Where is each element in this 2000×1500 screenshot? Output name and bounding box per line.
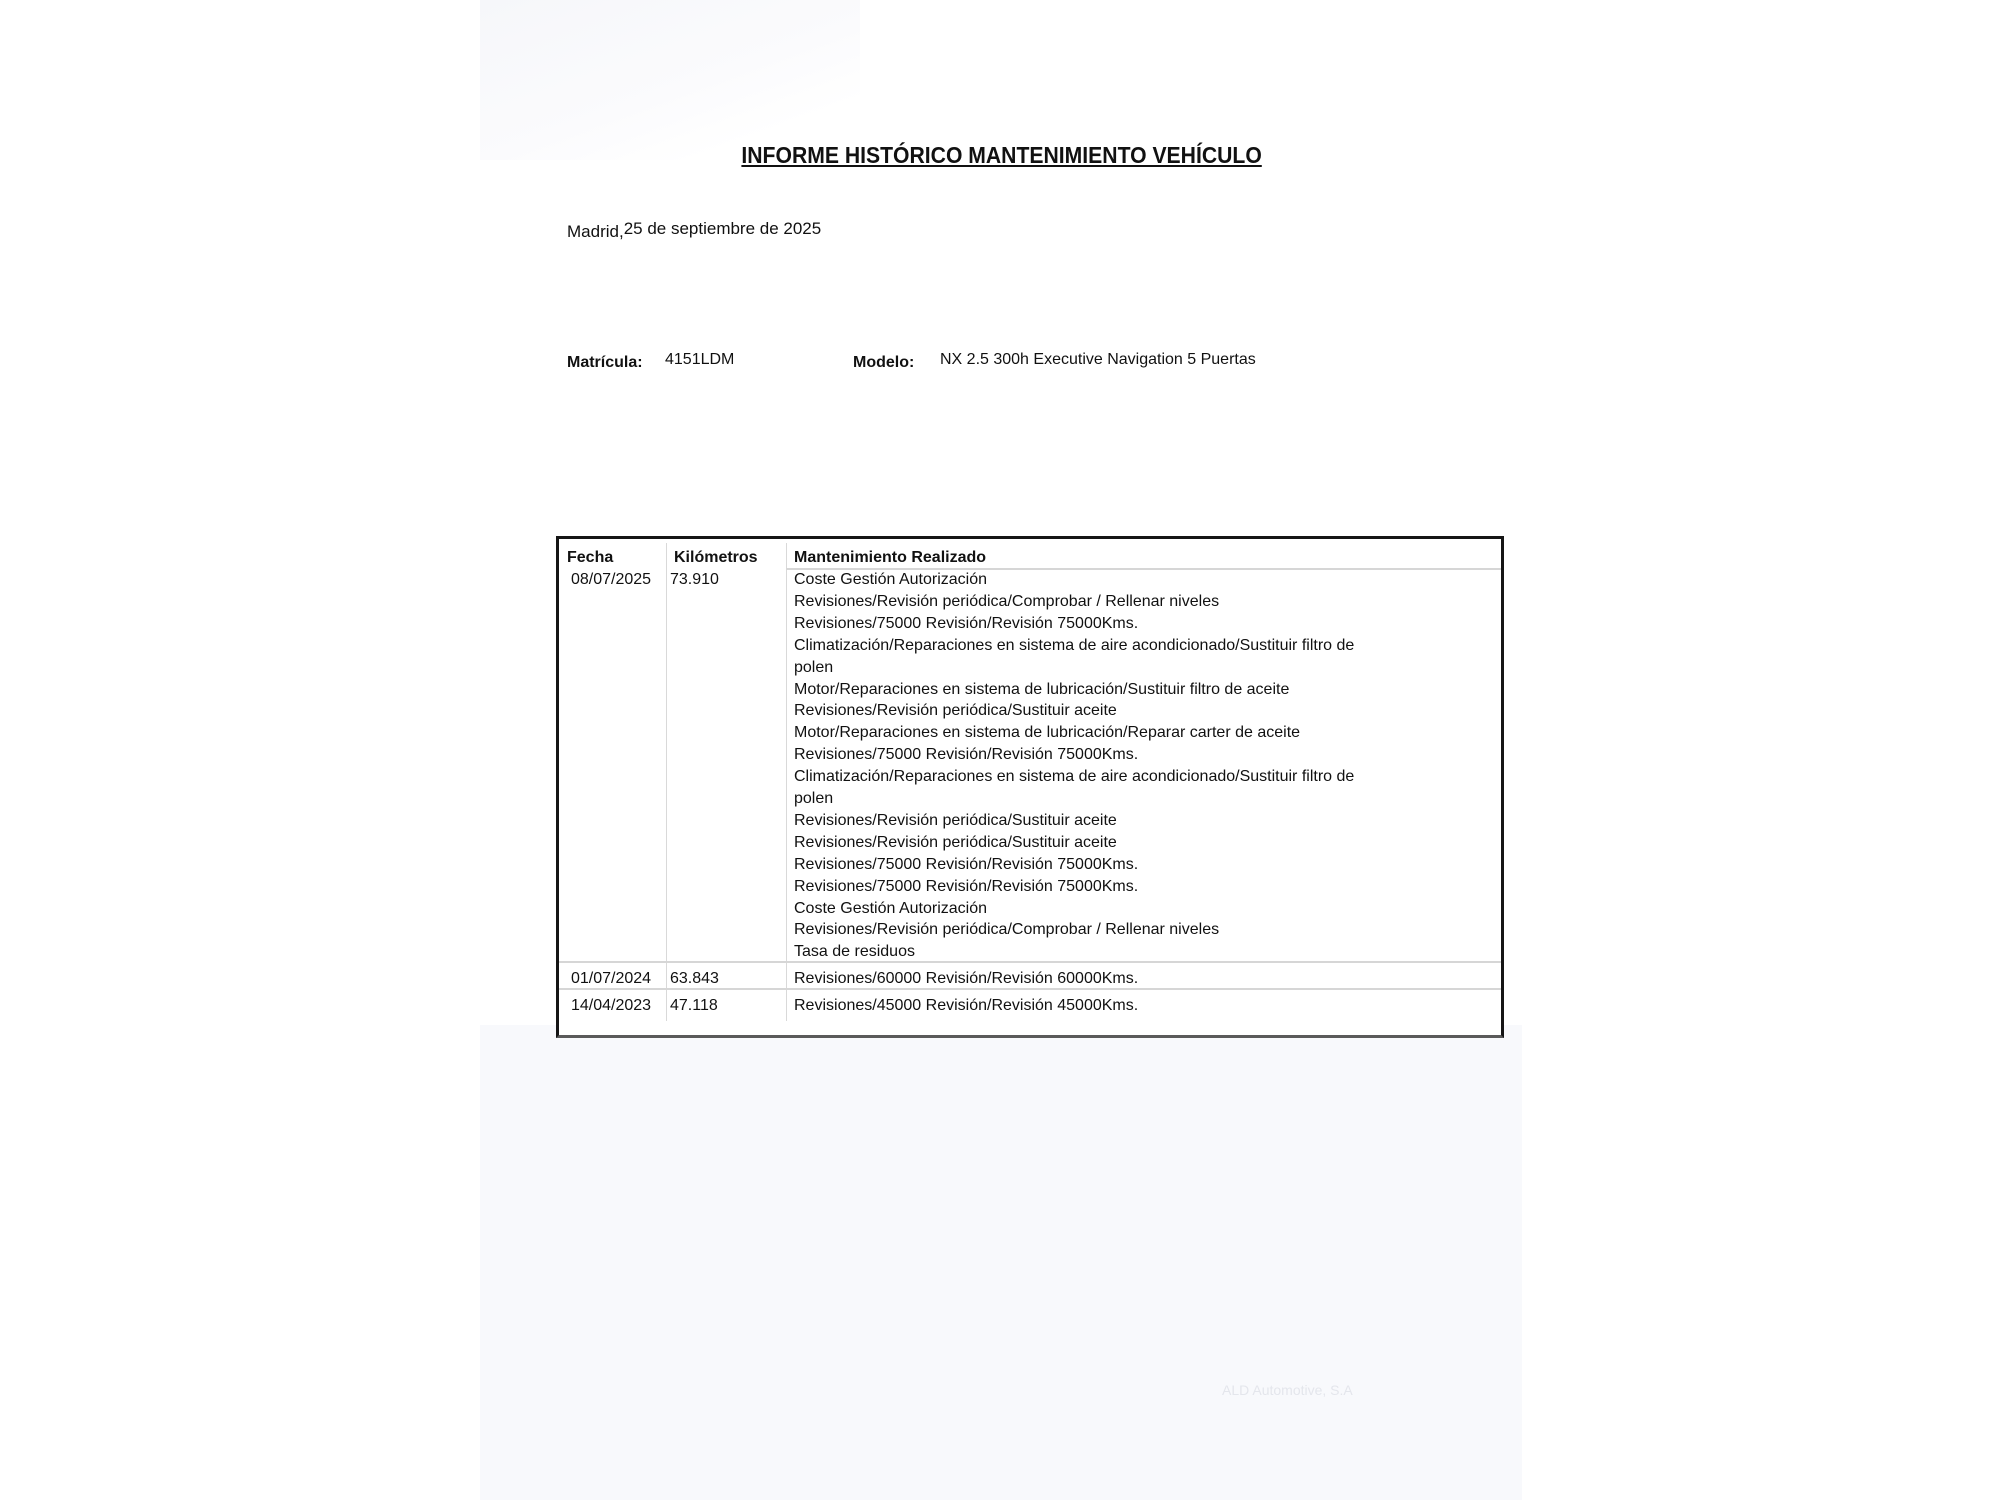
- plate-value: 4151LDM: [665, 351, 734, 369]
- row-date: 14/04/2023: [571, 995, 651, 1017]
- maintenance-item: Revisiones/75000 Revisión/Revisión 75000…: [794, 744, 1138, 766]
- scan-shadow: [480, 0, 860, 160]
- column-divider: [666, 543, 667, 1021]
- header-maintenance: Mantenimiento Realizado: [794, 549, 986, 567]
- maintenance-item: Revisiones/Revisión periódica/Sustituir …: [794, 832, 1117, 854]
- row-divider: [559, 988, 1501, 990]
- maintenance-item: Revisiones/45000 Revisión/Revisión 45000…: [794, 995, 1138, 1017]
- maintenance-item: Coste Gestión Autorización: [794, 569, 987, 591]
- maintenance-item: Revisiones/Revisión periódica/Comprobar …: [794, 919, 1219, 941]
- maintenance-item: Climatización/Reparaciones en sistema de…: [794, 635, 1354, 679]
- column-divider: [786, 543, 787, 1021]
- maintenance-item: Revisiones/75000 Revisión/Revisión 75000…: [794, 613, 1138, 635]
- header-date: Fecha: [567, 549, 613, 567]
- maintenance-item: Coste Gestión Autorización: [794, 898, 987, 920]
- maintenance-item: Revisiones/Revisión periódica/Comprobar …: [794, 591, 1219, 613]
- report-title: INFORME HISTÓRICO MANTENIMIENTO VEHÍCULO: [82, 142, 1922, 169]
- model-value: NX 2.5 300h Executive Navigation 5 Puert…: [940, 351, 1256, 369]
- city: Madrid,: [567, 222, 624, 241]
- maintenance-item: Revisiones/75000 Revisión/Revisión 75000…: [794, 876, 1138, 898]
- maintenance-item: Tasa de residuos: [794, 941, 915, 963]
- maintenance-item: Climatización/Reparaciones en sistema de…: [794, 766, 1354, 810]
- row-km: 47.118: [670, 995, 718, 1017]
- maintenance-item: Motor/Reparaciones en sistema de lubrica…: [794, 722, 1300, 744]
- maintenance-item: Revisiones/Revisión periódica/Sustituir …: [794, 810, 1117, 832]
- model-label: Modelo:: [853, 354, 914, 372]
- maintenance-item: Motor/Reparaciones en sistema de lubrica…: [794, 679, 1289, 701]
- row-km: 63.843: [670, 968, 719, 990]
- row-km: 73.910: [670, 569, 719, 591]
- maintenance-table: Fecha Kilómetros Mantenimiento Realizado…: [556, 536, 1504, 1038]
- maintenance-item: Revisiones/75000 Revisión/Revisión 75000…: [794, 854, 1138, 876]
- page-background-shade: [480, 1025, 1522, 1500]
- header-km: Kilómetros: [674, 549, 758, 567]
- row-divider: [559, 961, 1501, 963]
- report-date: 25 de septiembre de 2025: [624, 219, 822, 238]
- company-footer: ALD Automotive, S.A: [1222, 1382, 1353, 1398]
- plate-label: Matrícula:: [567, 354, 643, 372]
- row-date: 08/07/2025: [571, 569, 651, 591]
- maintenance-item: Revisiones/60000 Revisión/Revisión 60000…: [794, 968, 1138, 990]
- row-date: 01/07/2024: [571, 968, 651, 990]
- maintenance-item: Revisiones/Revisión periódica/Sustituir …: [794, 700, 1117, 722]
- place-date: Madrid,25 de septiembre de 2025: [567, 219, 821, 239]
